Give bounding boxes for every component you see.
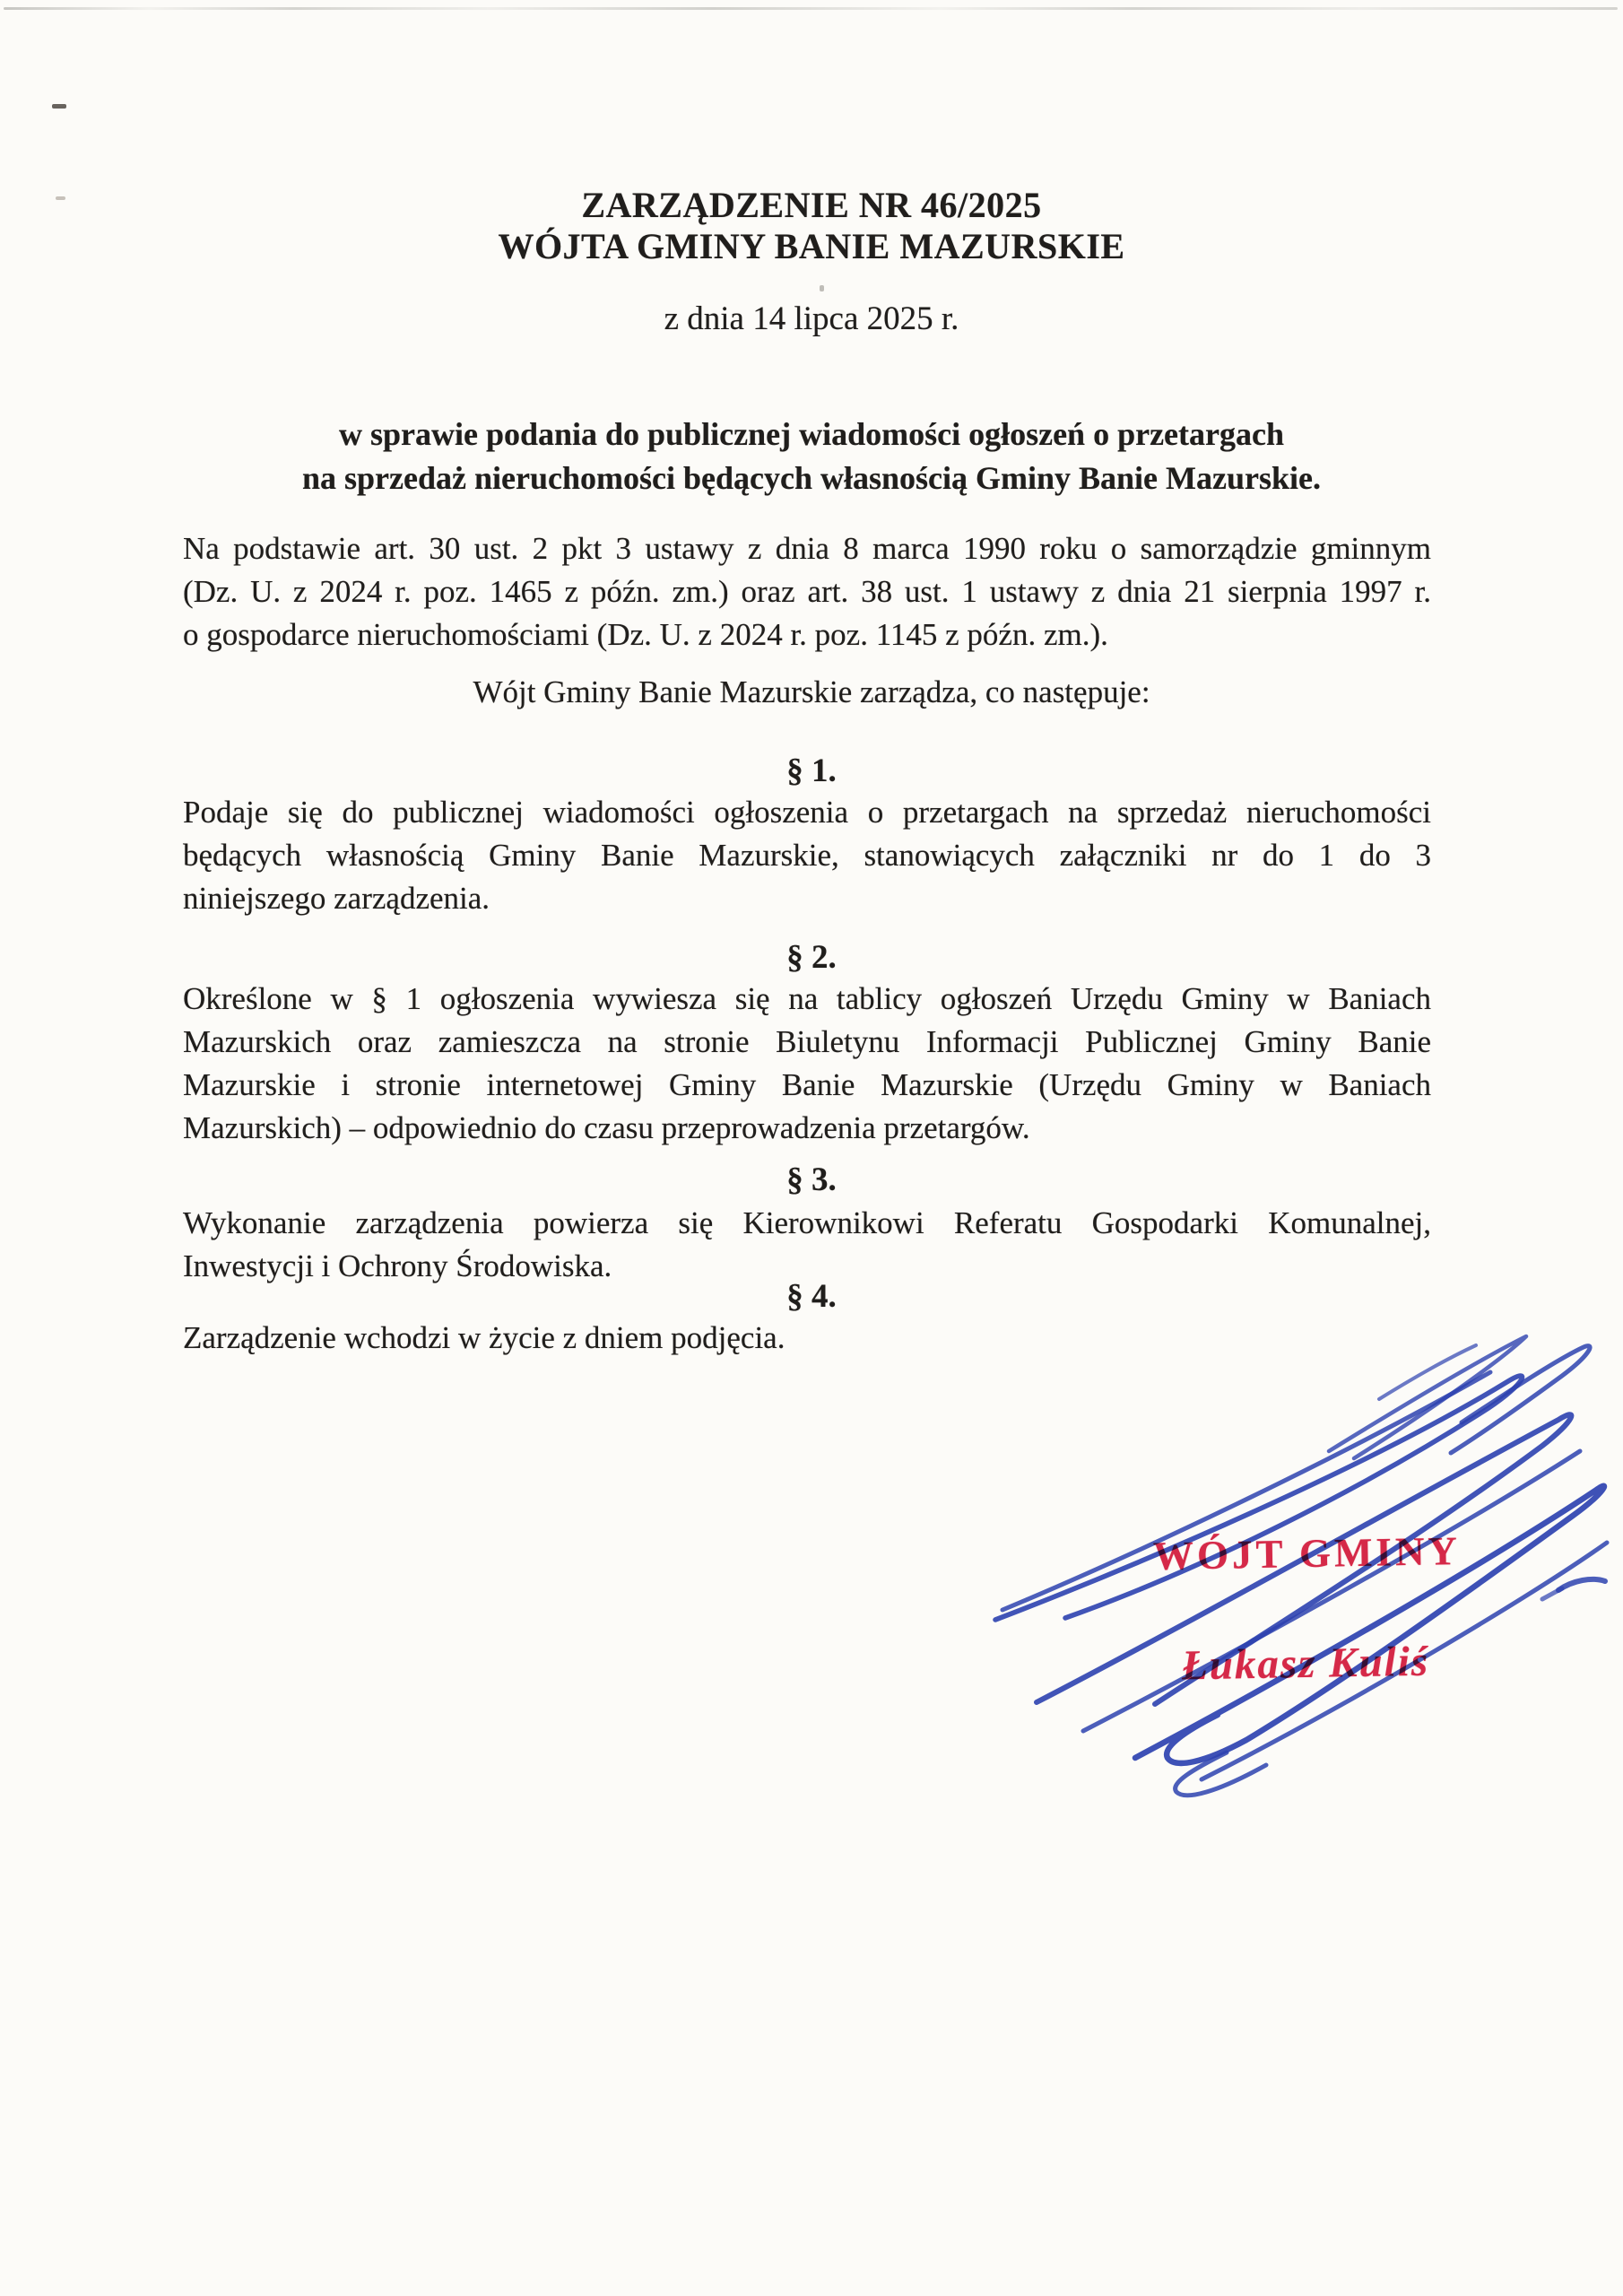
legal-basis-paragraph: Na podstawie art. 30 ust. 2 pkt 3 ustawy…	[183, 527, 1431, 657]
scanned-document-page: ZARZĄDZENIE NR 46/2025 WÓJTA GMINY BANIE…	[0, 0, 1623, 2296]
section-4-heading: § 4.	[0, 1277, 1623, 1317]
scanner-artifact-line	[4, 7, 1618, 10]
legal-basis-line: Na podstawie art. 30 ust. 2 pkt 3 ustawy…	[183, 527, 1431, 570]
handwritten-signature-scribble	[977, 1317, 1623, 1801]
margin-dash-artifact	[52, 104, 66, 109]
subject-line-1: w sprawie podania do publicznej wiadomoś…	[0, 413, 1623, 457]
section-1-line: będących własnością Gminy Banie Mazurski…	[183, 834, 1431, 877]
subject-line-2: na sprzedaż nieruchomości będących własn…	[0, 457, 1623, 500]
legal-basis-line: o gospodarce nieruchomościami (Dz. U. z …	[183, 613, 1431, 657]
section-1-line: Podaje się do publicznej wiadomości ogło…	[183, 791, 1431, 834]
section-2-paragraph: Określone w § 1 ogłoszenia wywiesza się …	[183, 978, 1431, 1150]
section-2-line: Mazurskie i stronie internetowej Gminy B…	[183, 1064, 1431, 1107]
section-2-line: Mazurskich) – odpowiednio do czasu przep…	[183, 1107, 1431, 1150]
section-1-heading: § 1.	[0, 752, 1623, 791]
section-3-heading: § 3.	[0, 1161, 1623, 1200]
title-line-1: ZARZĄDZENIE NR 46/2025	[0, 185, 1623, 226]
section-2-line: Określone w § 1 ogłoszenia wywiesza się …	[183, 978, 1431, 1021]
dot-artifact	[820, 285, 824, 291]
section-3-line: Wykonanie zarządzenia powierza się Kiero…	[183, 1202, 1431, 1245]
section-1-paragraph: Podaje się do publicznej wiadomości ogło…	[183, 791, 1431, 920]
document-date: z dnia 14 lipca 2025 r.	[0, 300, 1623, 339]
title-line-2: WÓJTA GMINY BANIE MAZURSKIE	[0, 226, 1623, 267]
document-subject: w sprawie podania do publicznej wiadomoś…	[0, 413, 1623, 500]
section-3-paragraph: Wykonanie zarządzenia powierza się Kiero…	[183, 1202, 1431, 1288]
signature-block: WÓJT GMINY Łukasz Kuliś	[977, 1317, 1623, 1801]
document-title: ZARZĄDZENIE NR 46/2025 WÓJTA GMINY BANIE…	[0, 185, 1623, 267]
legal-basis-line: (Dz. U. z 2024 r. poz. 1465 z późn. zm.)…	[183, 570, 1431, 613]
enacting-clause: Wójt Gminy Banie Mazurskie zarządza, co …	[0, 673, 1623, 712]
section-1-line: niniejszego zarządzenia.	[183, 877, 1431, 920]
section-2-heading: § 2.	[0, 938, 1623, 978]
section-2-line: Mazurskich oraz zamieszcza na stronie Bi…	[183, 1021, 1431, 1064]
